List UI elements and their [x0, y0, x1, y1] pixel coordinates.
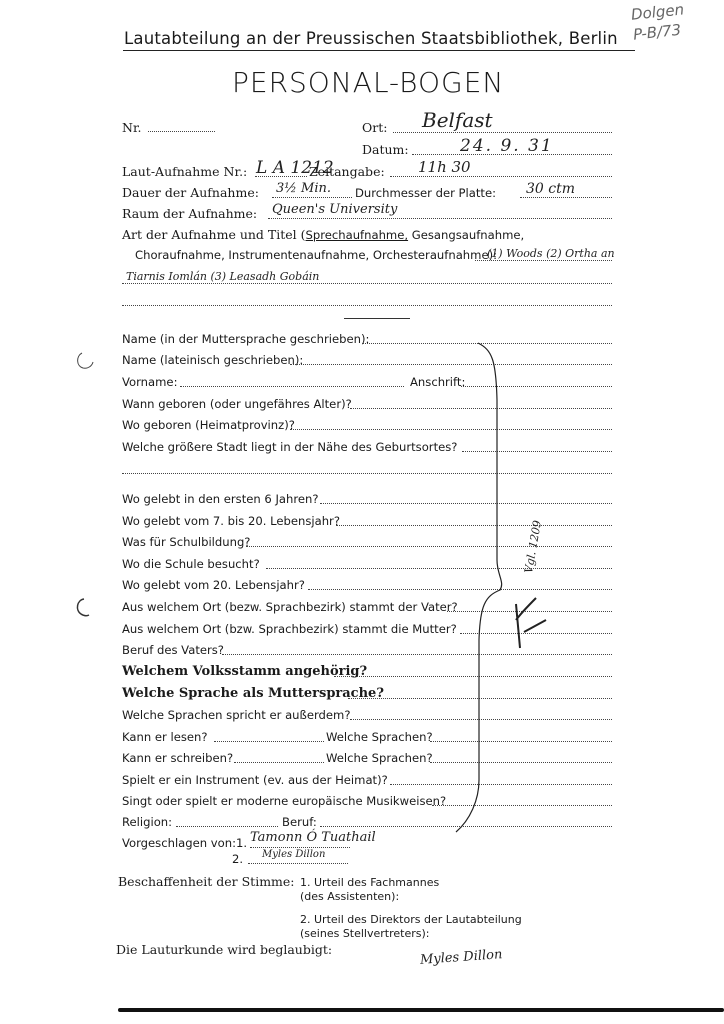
urteil-2-line1: 2. Urteil des Direktors der Lautabteilun…	[300, 913, 522, 926]
vorgeschlagen-1-field[interactable]	[250, 847, 350, 848]
vorgeschlagen-1-value: Tamonn Ó Tuathail	[250, 830, 376, 845]
punch-hole-mark-bottom	[72, 596, 96, 620]
beglaubigt-label: Die Lauturkunde wird beglaubigt:	[116, 942, 332, 957]
urteil-1-line1: 1. Urteil des Fachmannes	[300, 876, 439, 889]
punch-hole-mark-top	[74, 350, 98, 374]
vorgeschlagen-2-field[interactable]	[248, 863, 348, 864]
stimme-label: Beschaffenheit der Stimme:	[118, 874, 295, 889]
handwritten-brace	[0, 0, 724, 1024]
urteil-2-line2: (seines Stellvertreters):	[300, 927, 429, 940]
vorgeschlagen-1-num: 1.	[236, 836, 247, 850]
vorgeschlagen-2-num: 2.	[232, 852, 243, 866]
urteil-1-line2: (des Assistenten):	[300, 890, 399, 903]
bottom-rule	[118, 1008, 724, 1012]
vorgeschlagen-label: Vorgeschlagen von:	[122, 836, 236, 850]
vorgeschlagen-2-value: Myles Dillon	[262, 849, 325, 860]
